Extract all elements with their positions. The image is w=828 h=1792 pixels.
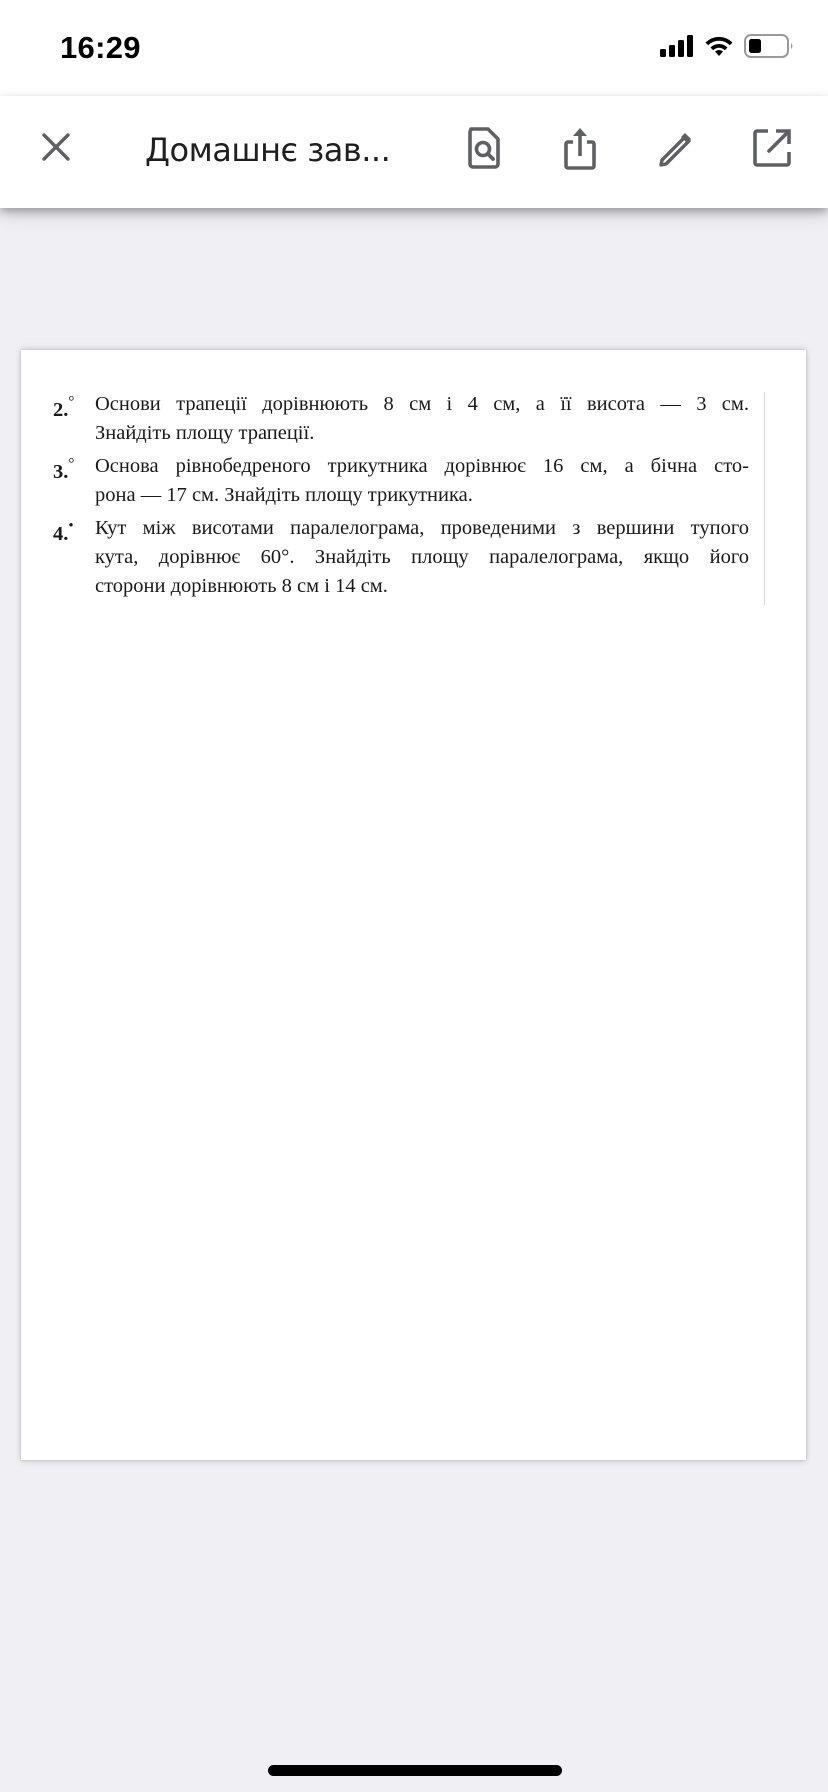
problem-number: 3.° bbox=[53, 452, 74, 487]
find-in-document-button[interactable] bbox=[460, 126, 508, 174]
cellular-signal-icon bbox=[660, 35, 694, 62]
pencil-icon bbox=[656, 128, 696, 173]
edit-button[interactable] bbox=[652, 126, 700, 174]
document-title: Домашнє зав... bbox=[145, 131, 390, 169]
open-external-button[interactable] bbox=[748, 126, 796, 174]
problem-text-line: Основа рівнобедреного трикутника дорівню… bbox=[95, 452, 749, 481]
problem-number: 4.• bbox=[53, 514, 74, 549]
problem-text-line: Знайдіть площу трапеції. bbox=[95, 419, 749, 448]
scanned-text-block: 2.° Основи трапеції дорівнюють 8 см і 4 … bbox=[53, 390, 765, 620]
document-page[interactable]: 2.° Основи трапеції дорівнюють 8 см і 4 … bbox=[21, 350, 806, 1460]
document-toolbar: Домашнє зав... bbox=[0, 96, 828, 208]
open-external-icon bbox=[752, 128, 792, 173]
battery-icon bbox=[744, 34, 794, 63]
problem-text-line: рона — 17 см. Знайдіть площу трикутника. bbox=[95, 481, 749, 510]
share-icon bbox=[563, 126, 597, 175]
status-icons bbox=[660, 36, 794, 60]
problem-text-line: сторони дорівнюють 8 см і 14 см. bbox=[95, 572, 749, 601]
status-bar: 16:29 bbox=[0, 0, 828, 96]
problem-item: 2.° Основи трапеції дорівнюють 8 см і 4 … bbox=[53, 390, 765, 448]
problem-item: 4.• Кут між висотами паралелограма, пров… bbox=[53, 514, 765, 601]
wifi-icon bbox=[704, 35, 734, 62]
document-viewer[interactable]: 2.° Основи трапеції дорівнюють 8 см і 4 … bbox=[0, 208, 828, 1792]
status-time: 16:29 bbox=[60, 30, 141, 66]
close-icon bbox=[41, 132, 71, 167]
close-button[interactable] bbox=[36, 129, 76, 169]
share-button[interactable] bbox=[556, 126, 604, 174]
problem-number: 2.° bbox=[53, 390, 74, 425]
problem-text-line: Основи трапеції дорівнюють 8 см і 4 см, … bbox=[95, 390, 749, 419]
problem-text-line: кута, дорівнює 60°. Знайдіть площу парал… bbox=[95, 543, 749, 572]
problem-item: 3.° Основа рівнобедреного трикутника дор… bbox=[53, 452, 765, 510]
home-indicator[interactable] bbox=[268, 1765, 562, 1776]
problem-text-line: Кут між висотами паралелограма, проведен… bbox=[95, 514, 749, 543]
document-search-icon bbox=[467, 127, 501, 174]
